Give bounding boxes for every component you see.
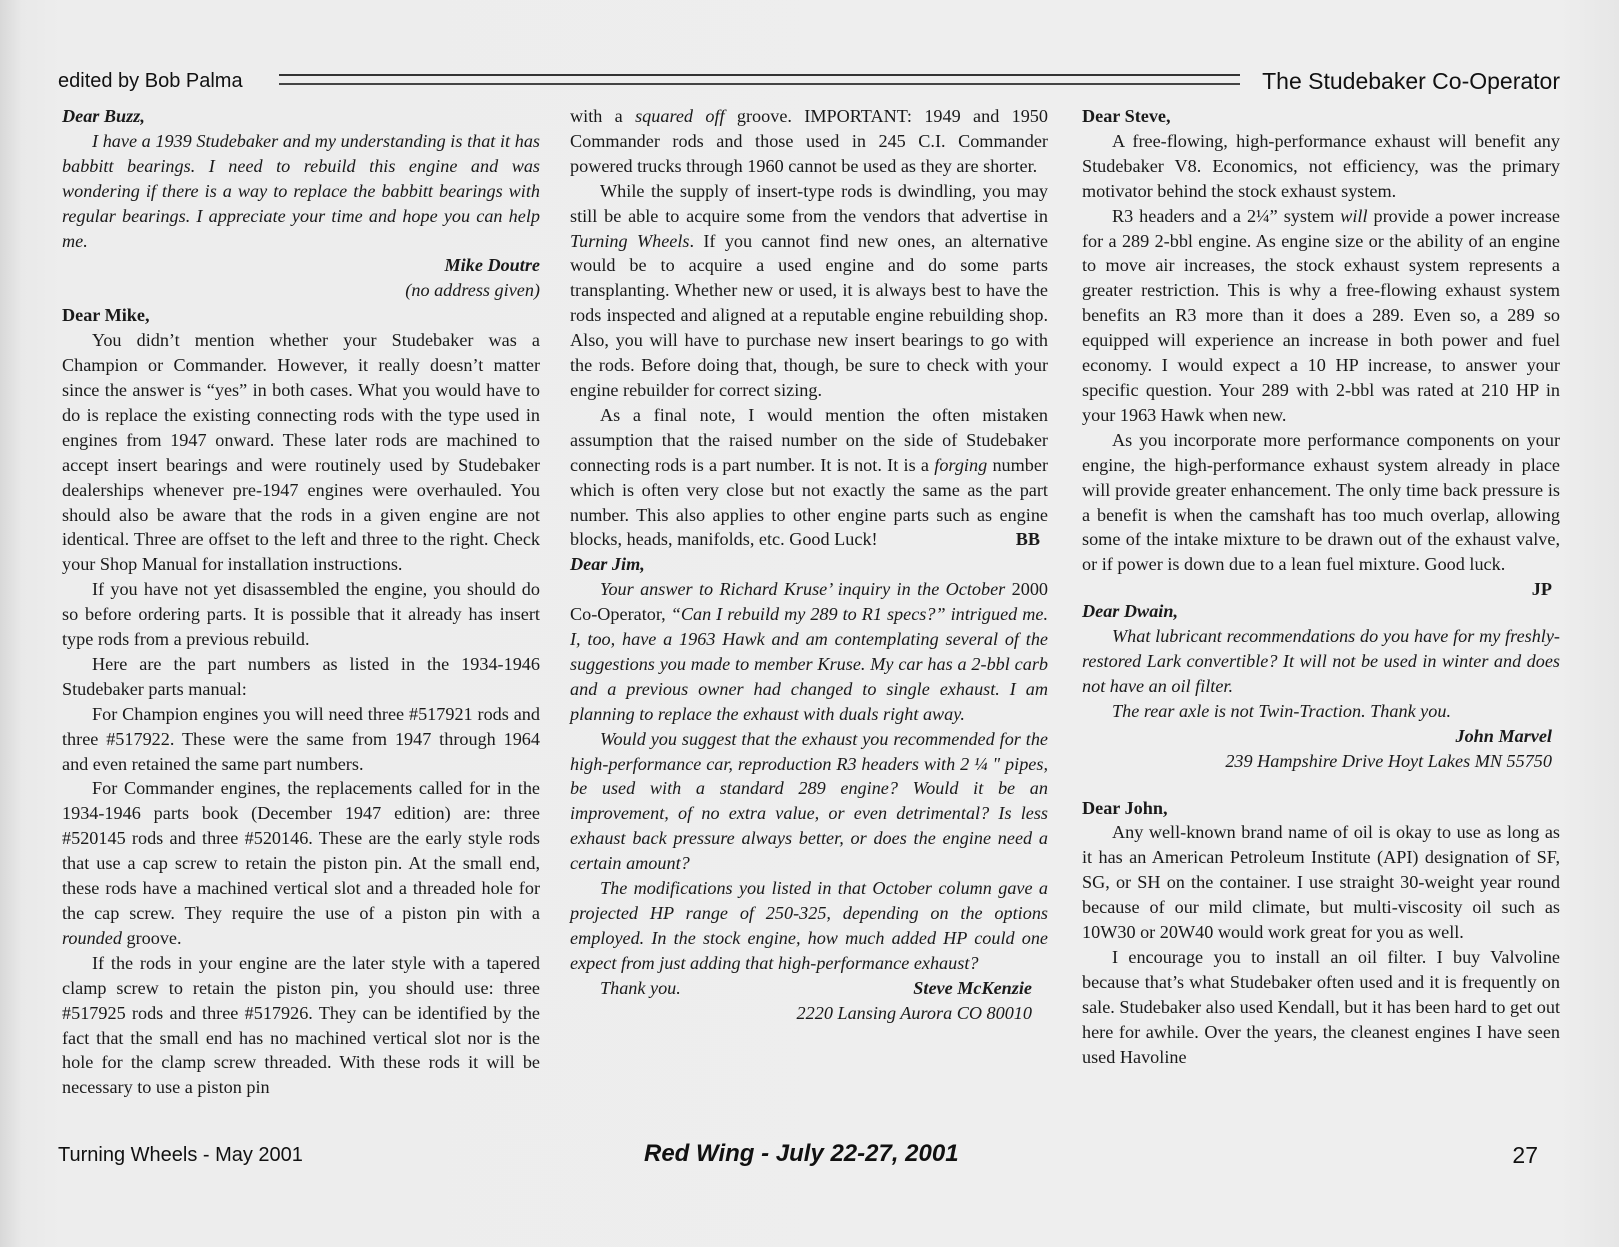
column-1: Dear Buzz, I have a 1939 Studebaker and …: [62, 104, 540, 1100]
text: As you incorporate more performance comp…: [1082, 430, 1560, 575]
letter-text: The modifications you listed in that Oct…: [570, 876, 1048, 976]
text: . If you cannot find new ones, an altern…: [570, 231, 1048, 400]
text: Your answer to Richard Kruse’ inquiry in…: [600, 579, 1005, 599]
paragraph: As a final note, I would mention the oft…: [570, 403, 1048, 552]
paragraph: If you have not yet disassembled the eng…: [62, 577, 540, 652]
reply-mike-continued: with a squared off groove. IMPORTANT: 19…: [570, 104, 1048, 552]
paragraph: Here are the part numbers as listed in t…: [62, 652, 540, 702]
text: For Commander engines, the replacements …: [62, 778, 540, 923]
signature: John Marvel: [1082, 724, 1560, 749]
letter-text: I have a 1939 Studebaker and my understa…: [62, 129, 540, 254]
letter-text: The rear axle is not Twin-Traction. Than…: [1082, 699, 1560, 724]
emphasis: forging: [934, 455, 987, 475]
letter-text: Your answer to Richard Kruse’ inquiry in…: [570, 577, 1048, 726]
column-2: with a squared off groove. IMPORTANT: 19…: [570, 104, 1048, 1026]
signature: Mike Doutre: [62, 253, 540, 278]
issue-label: Turning Wheels - May 2001: [58, 1144, 303, 1167]
paragraph: As you incorporate more performance comp…: [1082, 428, 1560, 577]
text: R3 headers and a 2¼” system: [1112, 206, 1334, 226]
salutation: Dear John,: [1082, 796, 1560, 821]
salutation: Dear Buzz,: [62, 104, 540, 129]
letter-text: Would you suggest that the exhaust you r…: [570, 727, 1048, 876]
paragraph: While the supply of insert-type rods is …: [570, 179, 1048, 403]
paragraph: For Champion engines you will need three…: [62, 702, 540, 777]
emphasis: Turning Wheels: [570, 231, 689, 251]
letter-jim: Dear Jim, Your answer to Richard Kruse’ …: [570, 552, 1048, 1025]
article-body: Dear Buzz, I have a 1939 Studebaker and …: [62, 104, 1562, 1154]
address: 239 Hampshire Drive Hoyt Lakes MN 55750: [1082, 749, 1560, 774]
paragraph: R3 headers and a 2¼” system will provide…: [1082, 204, 1560, 428]
salutation: Dear Steve,: [1082, 104, 1560, 129]
text: with a: [570, 106, 623, 126]
column-title: The Studebaker Co-Operator: [1262, 68, 1560, 95]
reply-mike: Dear Mike, You didn’t mention whether yo…: [62, 303, 540, 1100]
letter-buzz: Dear Buzz, I have a 1939 Studebaker and …: [62, 104, 540, 303]
letter-text: What lubricant recommendations do you ha…: [1082, 624, 1560, 699]
address: (no address given): [62, 278, 540, 303]
paragraph: You didn’t mention whether your Studebak…: [62, 328, 540, 577]
editor-credit: edited by Bob Palma: [58, 70, 243, 93]
paragraph: A free-flowing, high-performance exhaust…: [1082, 129, 1560, 204]
initials-jp: JP: [1502, 577, 1552, 602]
header-double-rule: [279, 74, 1241, 85]
salutation: Dear Jim,: [570, 552, 1048, 577]
page-number: 27: [1512, 1142, 1538, 1169]
spacer: [1082, 774, 1560, 796]
page-footer: Turning Wheels - May 2001 Red Wing - Jul…: [58, 1140, 1538, 1176]
paragraph: For Commander engines, the replacements …: [62, 776, 540, 950]
page-header: edited by Bob Palma The Studebaker Co-Op…: [58, 66, 1560, 96]
reply-steve: Dear Steve, A free-flowing, high-perform…: [1082, 104, 1560, 577]
salutation: Dear Mike,: [62, 303, 540, 328]
paragraph: If the rods in your engine are the later…: [62, 951, 540, 1100]
letter-dwain: Dear Dwain, What lubricant recommendatio…: [1082, 599, 1560, 773]
closing-line: Thank you. Steve McKenzie: [570, 976, 1048, 1001]
emphasis: rounded: [62, 928, 122, 948]
paragraph: I encourage you to install an oil filter…: [1082, 945, 1560, 1070]
emphasis: will: [1340, 206, 1367, 226]
event-banner: Red Wing - July 22-27, 2001: [644, 1140, 959, 1168]
text: provide a power increase for a 289 2-bbl…: [1082, 206, 1560, 425]
text: groove.: [127, 928, 182, 948]
closing: Thank you.: [600, 976, 681, 1001]
spacer: [1082, 577, 1560, 599]
paragraph: Any well-known brand name of oil is okay…: [1082, 820, 1560, 945]
emphasis: squared off: [635, 106, 724, 126]
text: While the supply of insert-type rods is …: [570, 181, 1048, 226]
signature: Steve McKenzie: [913, 976, 1032, 1001]
salutation: Dear Dwain,: [1082, 599, 1560, 624]
paragraph: with a squared off groove. IMPORTANT: 19…: [570, 104, 1048, 179]
initials-bb: BB: [986, 527, 1040, 552]
address: 2220 Lansing Aurora CO 80010: [570, 1001, 1048, 1026]
column-3: Dear Steve, A free-flowing, high-perform…: [1082, 104, 1560, 1070]
reply-john: Dear John, Any well-known brand name of …: [1082, 796, 1560, 1070]
